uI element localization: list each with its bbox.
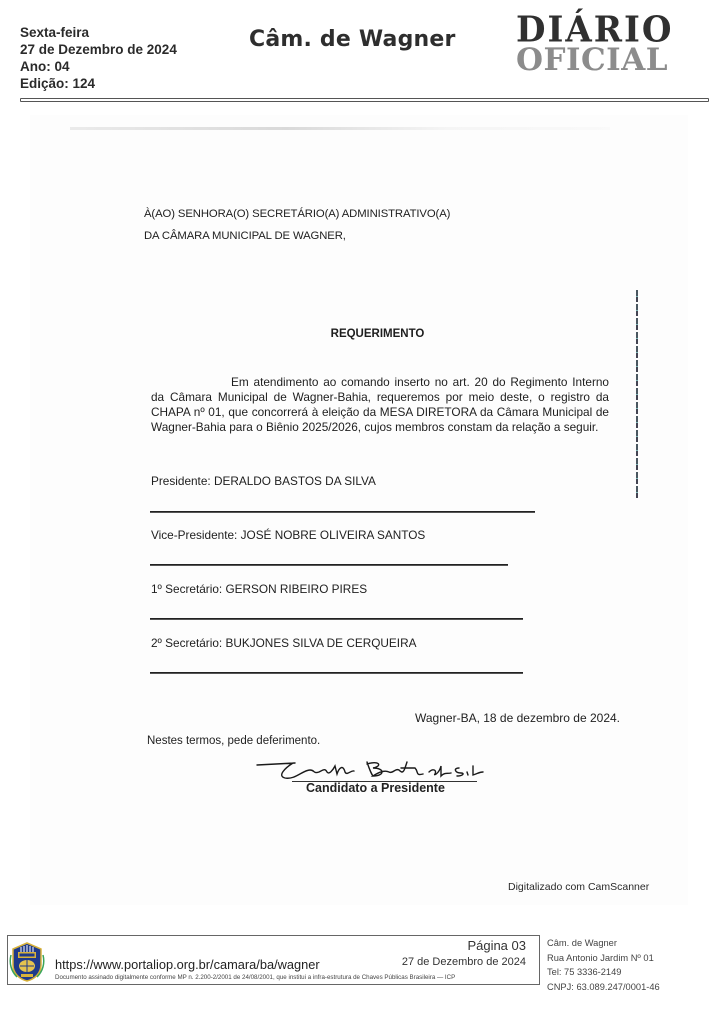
scanner-watermark: Digitalizado com CamScanner — [508, 881, 649, 893]
chamber-title: Câm. de Wagner — [249, 27, 456, 52]
edition-info: Sexta-feira 27 de Dezembro de 2024 Ano: … — [20, 24, 177, 92]
digital-signature-notice: Documento assinado digitalmente conforme… — [55, 974, 455, 981]
document-heading: REQUERIMENTO — [0, 328, 725, 340]
edition-number: Edição: 124 — [20, 75, 177, 92]
edition-year: Ano: 04 — [20, 58, 177, 75]
scan-artifact — [70, 127, 610, 130]
scan-edge-artifact — [636, 290, 638, 500]
place-and-date: Wagner-BA, 18 de dezembro de 2024. — [415, 711, 620, 725]
closing-text: Nestes termos, pede deferimento. — [147, 735, 320, 747]
chamber-name: Câm. de Wagner — [547, 936, 660, 951]
member-vice-president: Vice-Presidente: JOSÉ NOBRE OLIVEIRA SAN… — [151, 528, 425, 542]
signature-line-vice-president — [150, 564, 508, 566]
chamber-cnpj: CNPJ: 63.089.247/0001-46 — [547, 980, 660, 995]
signature-line-second-secretary — [150, 672, 523, 674]
member-president: Presidente: DERALDO BASTOS DA SILVA — [151, 474, 376, 488]
chamber-contact-info: Câm. de Wagner Rua Antonio Jardim Nº 01 … — [547, 936, 660, 994]
logo-line-1: DIÁRIO — [516, 13, 676, 47]
request-body: Em atendimento ao comando inserto no art… — [151, 375, 609, 435]
addressee-line-2: DA CÂMARA MUNICIPAL DE WAGNER, — [144, 225, 450, 247]
request-body-text: Em atendimento ao comando inserto no art… — [151, 375, 609, 434]
signature-line-president — [150, 511, 535, 513]
portal-link[interactable]: https://www.portaliop.org.br/camara/ba/w… — [55, 957, 320, 972]
page-number: Página 03 — [467, 938, 526, 953]
addressee: À(AO) SENHORA(O) SECRETÁRIO(A) ADMINISTR… — [144, 203, 450, 247]
chamber-address: Rua Antonio Jardim Nº 01 — [547, 951, 660, 966]
member-second-secretary: 2º Secretário: BUKJONES SILVA DE CERQUEI… — [151, 636, 416, 650]
signature-line-first-secretary — [150, 618, 523, 620]
addressee-line-1: À(AO) SENHORA(O) SECRETÁRIO(A) ADMINISTR… — [144, 203, 450, 225]
chamber-phone: Tel: 75 3336-2149 — [547, 965, 660, 980]
weekday: Sexta-feira — [20, 24, 177, 41]
signer-role: Candidato a Presidente — [306, 781, 445, 795]
header-divider — [20, 98, 709, 102]
camara-municipal-seal-icon — [9, 941, 45, 983]
diario-oficial-logo: DIÁRIO OFICIAL — [516, 14, 676, 74]
footer-date: 27 de Dezembro de 2024 — [402, 956, 526, 968]
member-first-secretary: 1º Secretário: GERSON RIBEIRO PIRES — [151, 582, 367, 596]
handwritten-signature — [255, 756, 485, 784]
edition-date: 27 de Dezembro de 2024 — [20, 41, 177, 58]
